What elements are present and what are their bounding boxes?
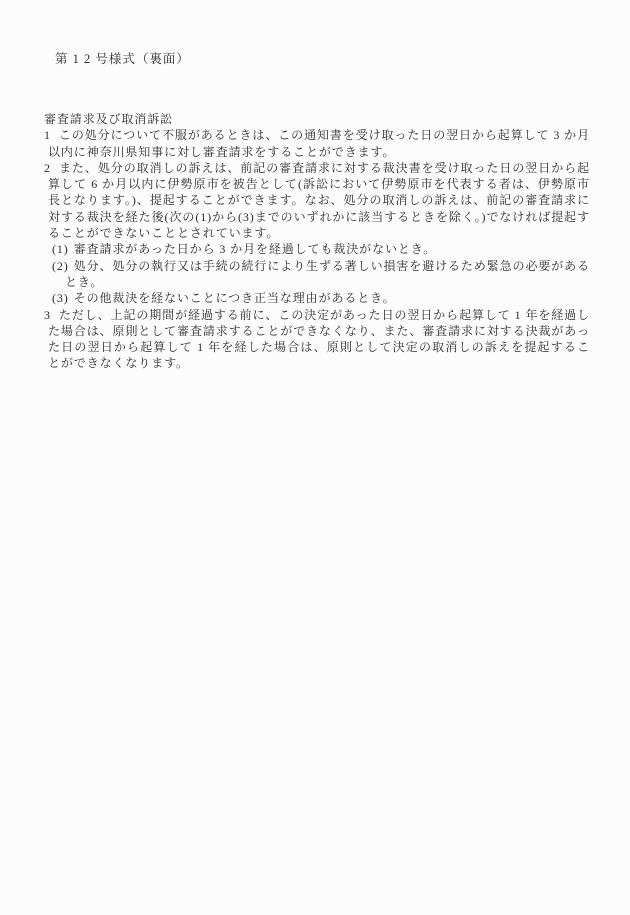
item-text: この処分について不服があるときは、この通知書を受け取った日の翌日から起算して 3… bbox=[48, 128, 590, 158]
subitem-number: (3) bbox=[52, 291, 69, 305]
subitem-text: 処分、処分の執行又は手続の続行により生ずる著しい損害を避けるため緊急の必要がある… bbox=[65, 259, 590, 289]
document-body: 審査請求及び取消訴訟 1この処分について不服があるときは、この通知書を受け取った… bbox=[44, 111, 590, 372]
subitem-text: その他裁決を経ないことにつき正当な理由があるとき。 bbox=[74, 291, 396, 305]
item-number: 2 bbox=[44, 161, 51, 175]
item-text: また、処分の取消しの訴えは、前記の審査請求に対する裁決書を受け取った日の翌日から… bbox=[48, 161, 590, 240]
document-heading: 審査請求及び取消訴訟 bbox=[44, 111, 590, 127]
subitem-number: (1) bbox=[52, 242, 69, 256]
list-item-2: 2また、処分の取消しの訴えは、前記の審査請求に対する裁決書を受け取った日の翌日か… bbox=[44, 160, 590, 241]
item-text: ただし、上記の期間が経過する前に、この決定があった日の翌日から起算して 1 年を… bbox=[48, 308, 590, 371]
list-item-3: 3ただし、上記の期間が経過する前に、この決定があった日の翌日から起算して 1 年… bbox=[44, 307, 590, 372]
list-item-1: 1この処分について不服があるときは、この通知書を受け取った日の翌日から起算して … bbox=[44, 127, 590, 160]
subitem-number: (2) bbox=[52, 259, 69, 273]
item-number: 1 bbox=[44, 128, 51, 142]
item-number: 3 bbox=[44, 308, 51, 322]
subitem-text: 審査請求があった日から 3 か月を経過しても裁決がないとき。 bbox=[74, 242, 436, 256]
form-number-label: 第 1 2 号様式（裏面） bbox=[55, 49, 190, 67]
sub-list-item-3: (3)その他裁決を経ないことにつき正当な理由があるとき。 bbox=[44, 290, 590, 306]
sub-list-item-2: (2)処分、処分の執行又は手続の続行により生ずる著しい損害を避けるため緊急の必要… bbox=[44, 258, 590, 291]
sub-list-item-1: (1)審査請求があった日から 3 か月を経過しても裁決がないとき。 bbox=[44, 241, 590, 257]
document-page: 第 1 2 号様式（裏面） 審査請求及び取消訴訟 1この処分について不服があると… bbox=[0, 0, 630, 915]
